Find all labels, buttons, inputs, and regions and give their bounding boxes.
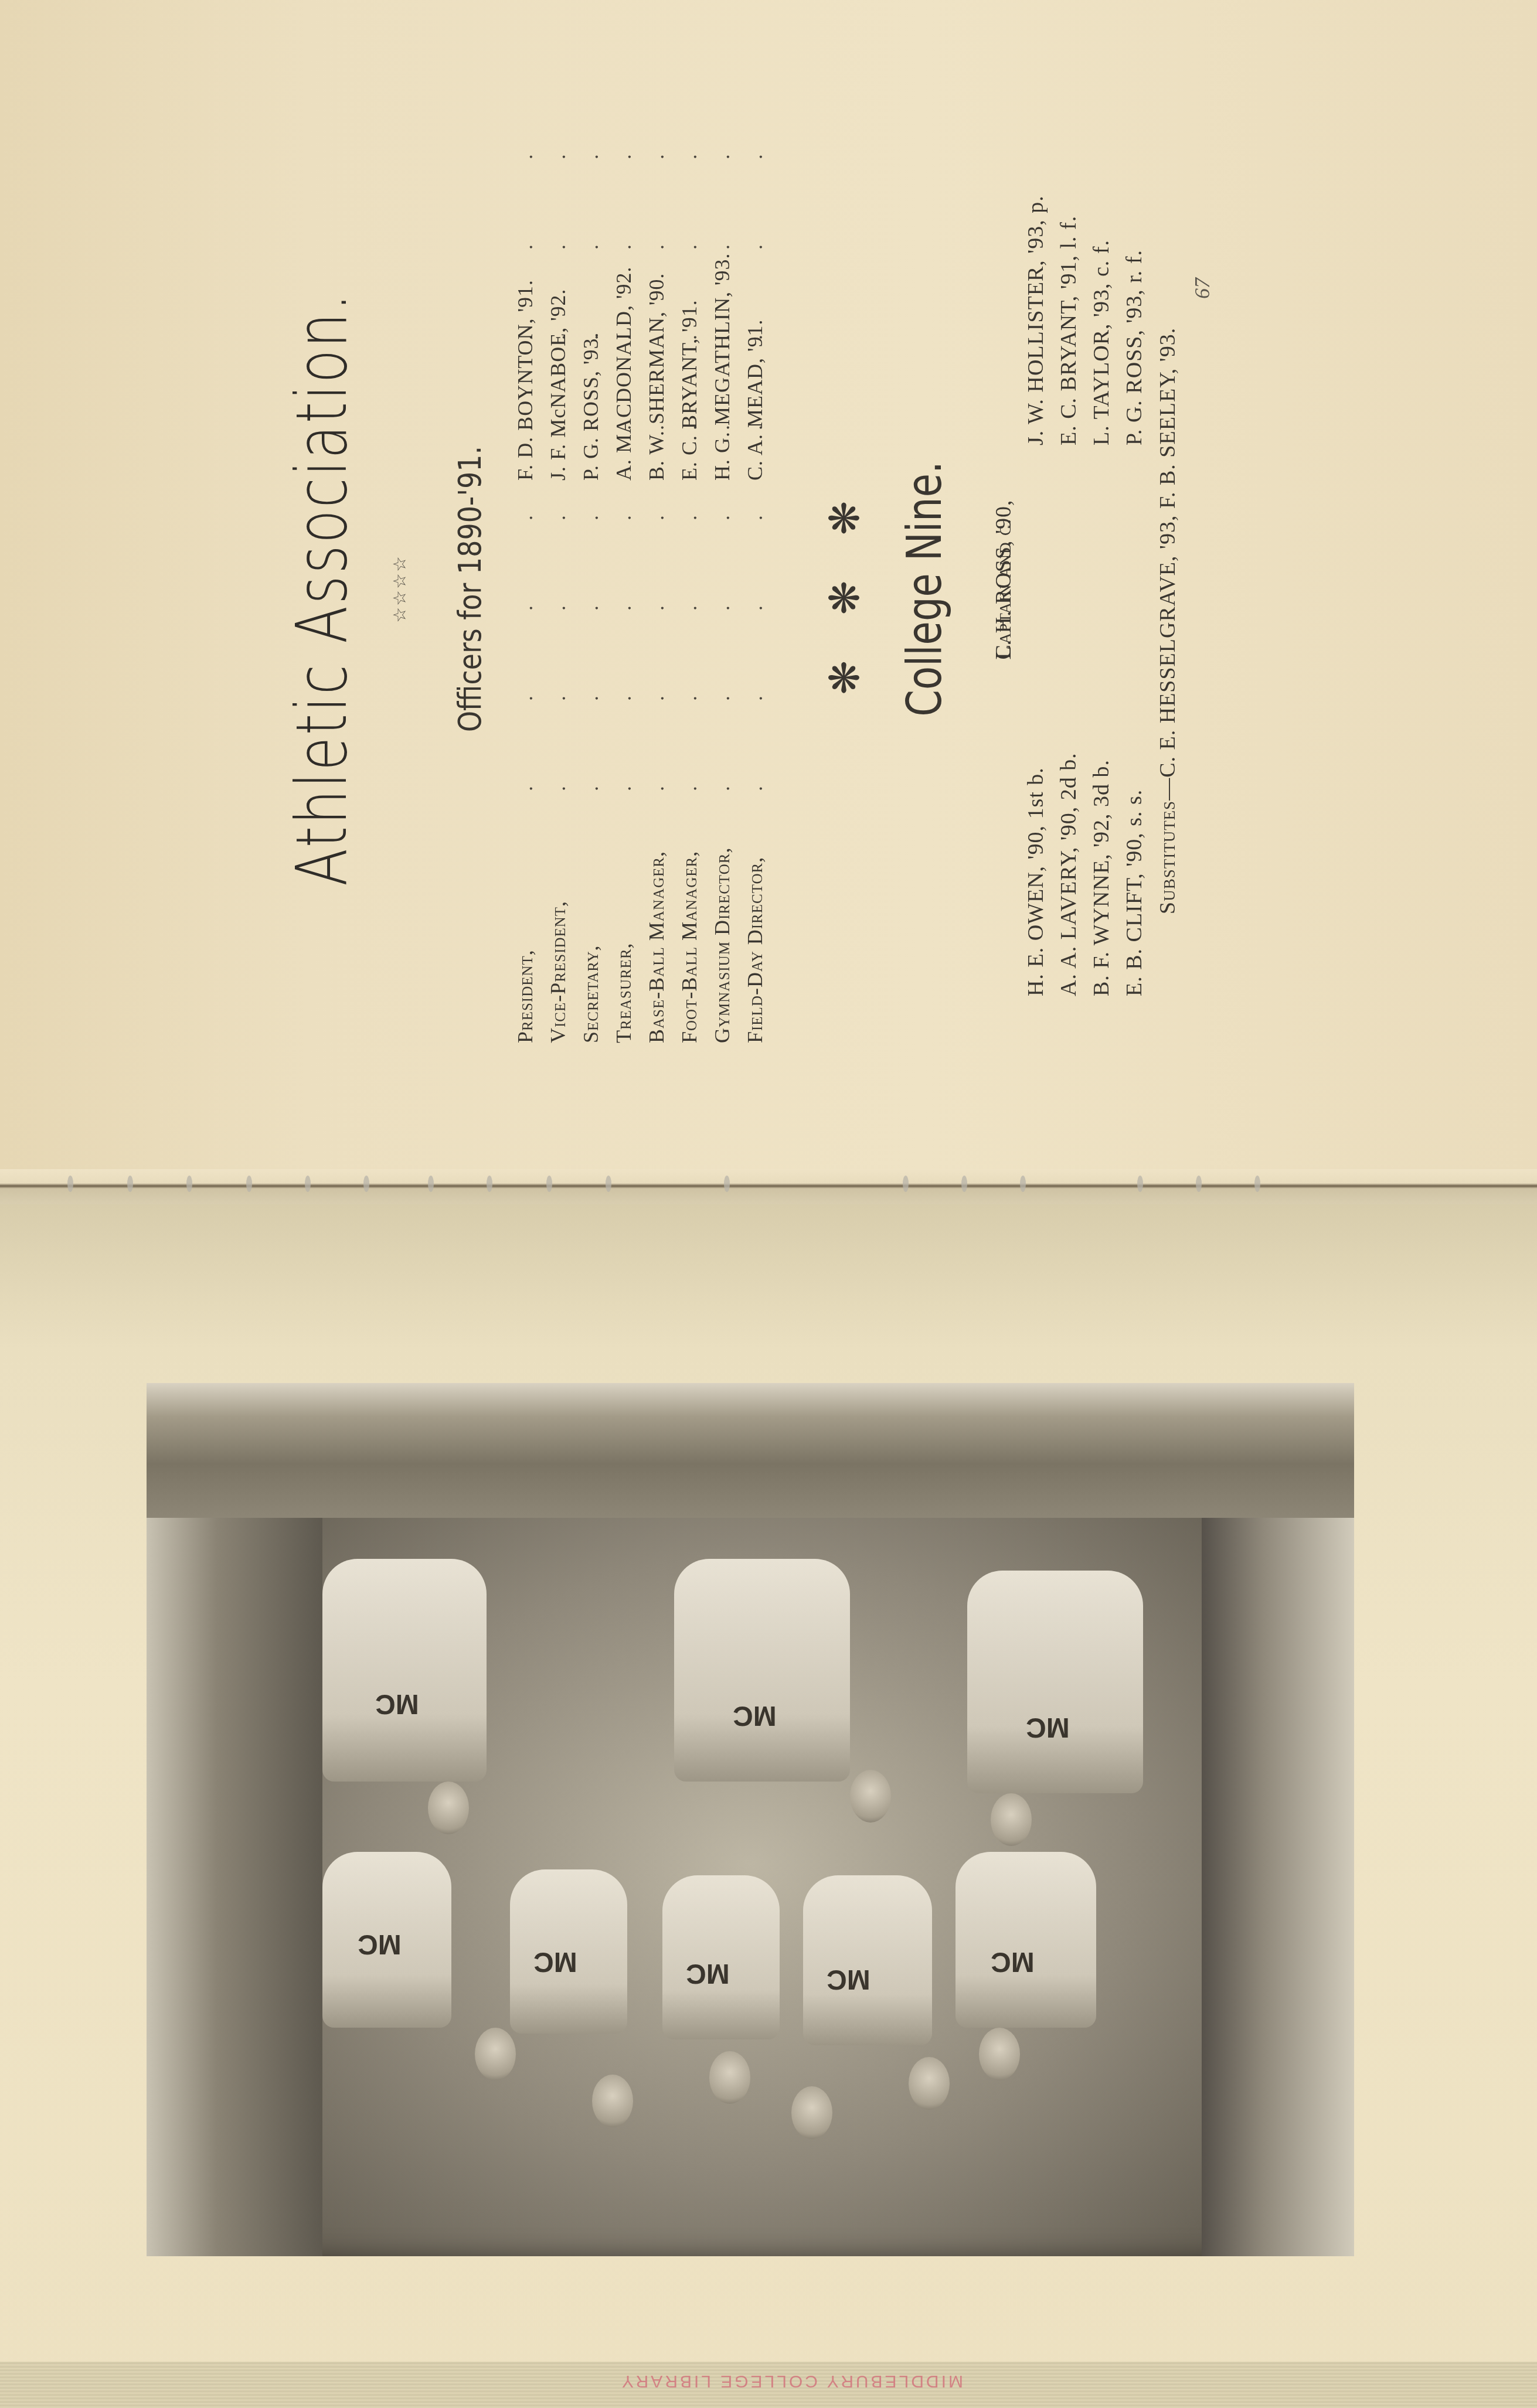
- player-head: [991, 1793, 1032, 1846]
- officer-title: Vice-President,: [546, 901, 570, 1043]
- officer-name: B. W. SHERMAN, '90.: [644, 273, 669, 481]
- officer-title: Field-Day Director,: [743, 857, 767, 1043]
- stitch-hole: [428, 1176, 434, 1192]
- leader-dots: . . . . . . . .: [579, 486, 603, 791]
- stitch-hole: [186, 1176, 192, 1192]
- officer-row: Treasurer, . . . . . . . . A. MACDONALD,…: [611, 164, 641, 1043]
- player-head: [428, 1782, 469, 1834]
- player-head: [791, 2086, 832, 2139]
- jersey-letters: MC: [733, 1699, 777, 1732]
- team-photograph: MC MC MC MC MC MC MC MC: [147, 1383, 1354, 2256]
- player-entry: H. E. OWEN, '90, 1st b.: [1023, 767, 1053, 996]
- stitch-hole: [246, 1176, 252, 1192]
- player-figure: [322, 1559, 487, 1782]
- officer-name: J. F. McNABOE, '92.: [546, 288, 570, 481]
- player-entry: E. C. BRYANT, '91, l. f.: [1056, 216, 1086, 445]
- player-head: [979, 2028, 1020, 2080]
- officer-title: Secretary,: [579, 945, 603, 1043]
- stitch-hole: [1137, 1176, 1143, 1192]
- officer-row: Base-Ball Manager, . . . . . . . . B. W.…: [644, 164, 674, 1043]
- officer-title: Gymnasium Director,: [710, 847, 735, 1043]
- leader-dots: . . . . . . . .: [546, 486, 570, 791]
- player-entry: J. W. HOLLISTER, '93, p.: [1023, 195, 1053, 445]
- star-ornament-icon: ☆☆☆☆: [390, 0, 410, 1178]
- stitch-hole: [363, 1176, 369, 1192]
- stitch-hole: [67, 1176, 73, 1192]
- captain-name: L. H. ROSS, '90,: [991, 500, 1016, 660]
- substitutes-names: —C. E. HESSELGRAVE, '93, F. B. SEELEY, '…: [1155, 328, 1181, 801]
- officer-row: Vice-President, . . . . . . . . J. F. Mc…: [546, 164, 575, 1043]
- substitutes-line: Substitutes—C. E. HESSELGRAVE, '93, F. B…: [1155, 801, 1181, 914]
- officer-row: Secretary, . . . . . . . . P. G. ROSS, '…: [579, 164, 608, 1043]
- officer-row: Gymnasium Director, . . . . . . . . H. G…: [710, 164, 739, 1043]
- jersey-letters: MC: [375, 1688, 419, 1720]
- photo-painted-backdrop: [147, 1518, 322, 2256]
- officer-name: P. G. ROSS, '93.: [579, 332, 603, 481]
- leader-dots: . . . . . . . .: [677, 486, 702, 791]
- player-entry: P. G. ROSS, '93, r. f.: [1121, 250, 1152, 445]
- substitutes-label: Substitutes: [1155, 801, 1180, 914]
- page-title: Athletic Association.: [281, 130, 363, 1048]
- leader-dots: . . . . . . . .: [743, 486, 767, 791]
- player-head: [909, 2057, 950, 2110]
- stitch-hole: [1254, 1176, 1260, 1192]
- stitch-hole: [961, 1176, 967, 1192]
- player-entry: L. TAYLOR, '93, c. f.: [1089, 240, 1119, 445]
- player-figure: [955, 1852, 1096, 2028]
- player-head: [850, 1770, 891, 1823]
- player-entry: A. A. LAVERY, '90, 2d b.: [1056, 752, 1086, 996]
- officer-name: H. G. MEGATHLIN, '93.: [710, 253, 735, 481]
- page-number: 67: [1190, 278, 1215, 299]
- leader-dots: . . . . . . . .: [644, 486, 669, 791]
- stitch-hole: [724, 1176, 730, 1192]
- stitch-hole: [903, 1176, 909, 1192]
- player-head: [592, 2075, 633, 2127]
- leader-dots: . . . . . . . .: [513, 486, 538, 791]
- officer-row: Field-Day Director, . . . . . . . . C. A…: [743, 164, 772, 1043]
- stitch-hole: [606, 1176, 611, 1192]
- leader-dots: . . . . . . . .: [611, 486, 636, 791]
- player-entry: B. F. WYNNE, '92, 3d b.: [1089, 759, 1119, 996]
- rotated-text-block: Athletic Association. ☆☆☆☆ Officers for …: [0, 0, 1537, 1178]
- player-figure: [967, 1571, 1143, 1793]
- player-figure: [674, 1559, 850, 1782]
- officer-row: Foot-Ball Manager, . . . . . . . . E. C.…: [677, 164, 706, 1043]
- snowflake-ornament-icon: ❋ ❋ ❋: [821, 0, 869, 1178]
- book-spine-gutter: [0, 1169, 1537, 1204]
- player-head: [709, 2051, 750, 2104]
- officer-title: President,: [513, 949, 538, 1043]
- captain-line: L. H. ROSS, '90, Captain and c.: [991, 0, 1016, 1178]
- college-nine-heading: College Nine.: [897, 118, 953, 1060]
- officer-name: F. D. BOYNTON, '91.: [513, 280, 538, 481]
- officer-row: President, . . . . . . . . F. D. BOYNTON…: [513, 164, 542, 1043]
- stitch-hole: [305, 1176, 311, 1192]
- jersey-letters: MC: [1026, 1711, 1070, 1743]
- jersey-letters: MC: [358, 1928, 402, 1960]
- stitch-hole: [1196, 1176, 1202, 1192]
- officer-name: A. MACDONALD, '92.: [611, 267, 636, 481]
- officer-title: Treasurer,: [611, 942, 636, 1043]
- stitch-hole: [546, 1176, 552, 1192]
- stitch-hole: [127, 1176, 133, 1192]
- leader-dots: . . . . . . . .: [710, 486, 735, 791]
- officer-title: Foot-Ball Manager,: [677, 851, 702, 1043]
- library-stamp: MIDDLEBURY COLLEGE LIBRARY: [586, 2368, 997, 2391]
- stitch-hole: [1020, 1176, 1026, 1192]
- jersey-letters: MC: [991, 1946, 1035, 1978]
- player-entry: E. B. CLIFT, '90, s. s.: [1121, 789, 1152, 996]
- jersey-letters: MC: [827, 1963, 870, 1995]
- jersey-letters: MC: [533, 1946, 577, 1978]
- jersey-letters: MC: [686, 1957, 730, 1990]
- photo-painted-backdrop: [1202, 1518, 1354, 2256]
- player-head: [475, 2028, 516, 2080]
- officer-title: Base-Ball Manager,: [644, 851, 669, 1043]
- player-figure: [803, 1875, 932, 2045]
- officers-heading: Officers for 1890-'91.: [451, 88, 488, 1090]
- photo-grass-foreground: [147, 1383, 1354, 1518]
- officer-name: C. A. MEAD, '91.: [743, 319, 767, 481]
- stitch-hole: [487, 1176, 492, 1192]
- officer-name: E. C. BRYANT, '91.: [677, 299, 702, 481]
